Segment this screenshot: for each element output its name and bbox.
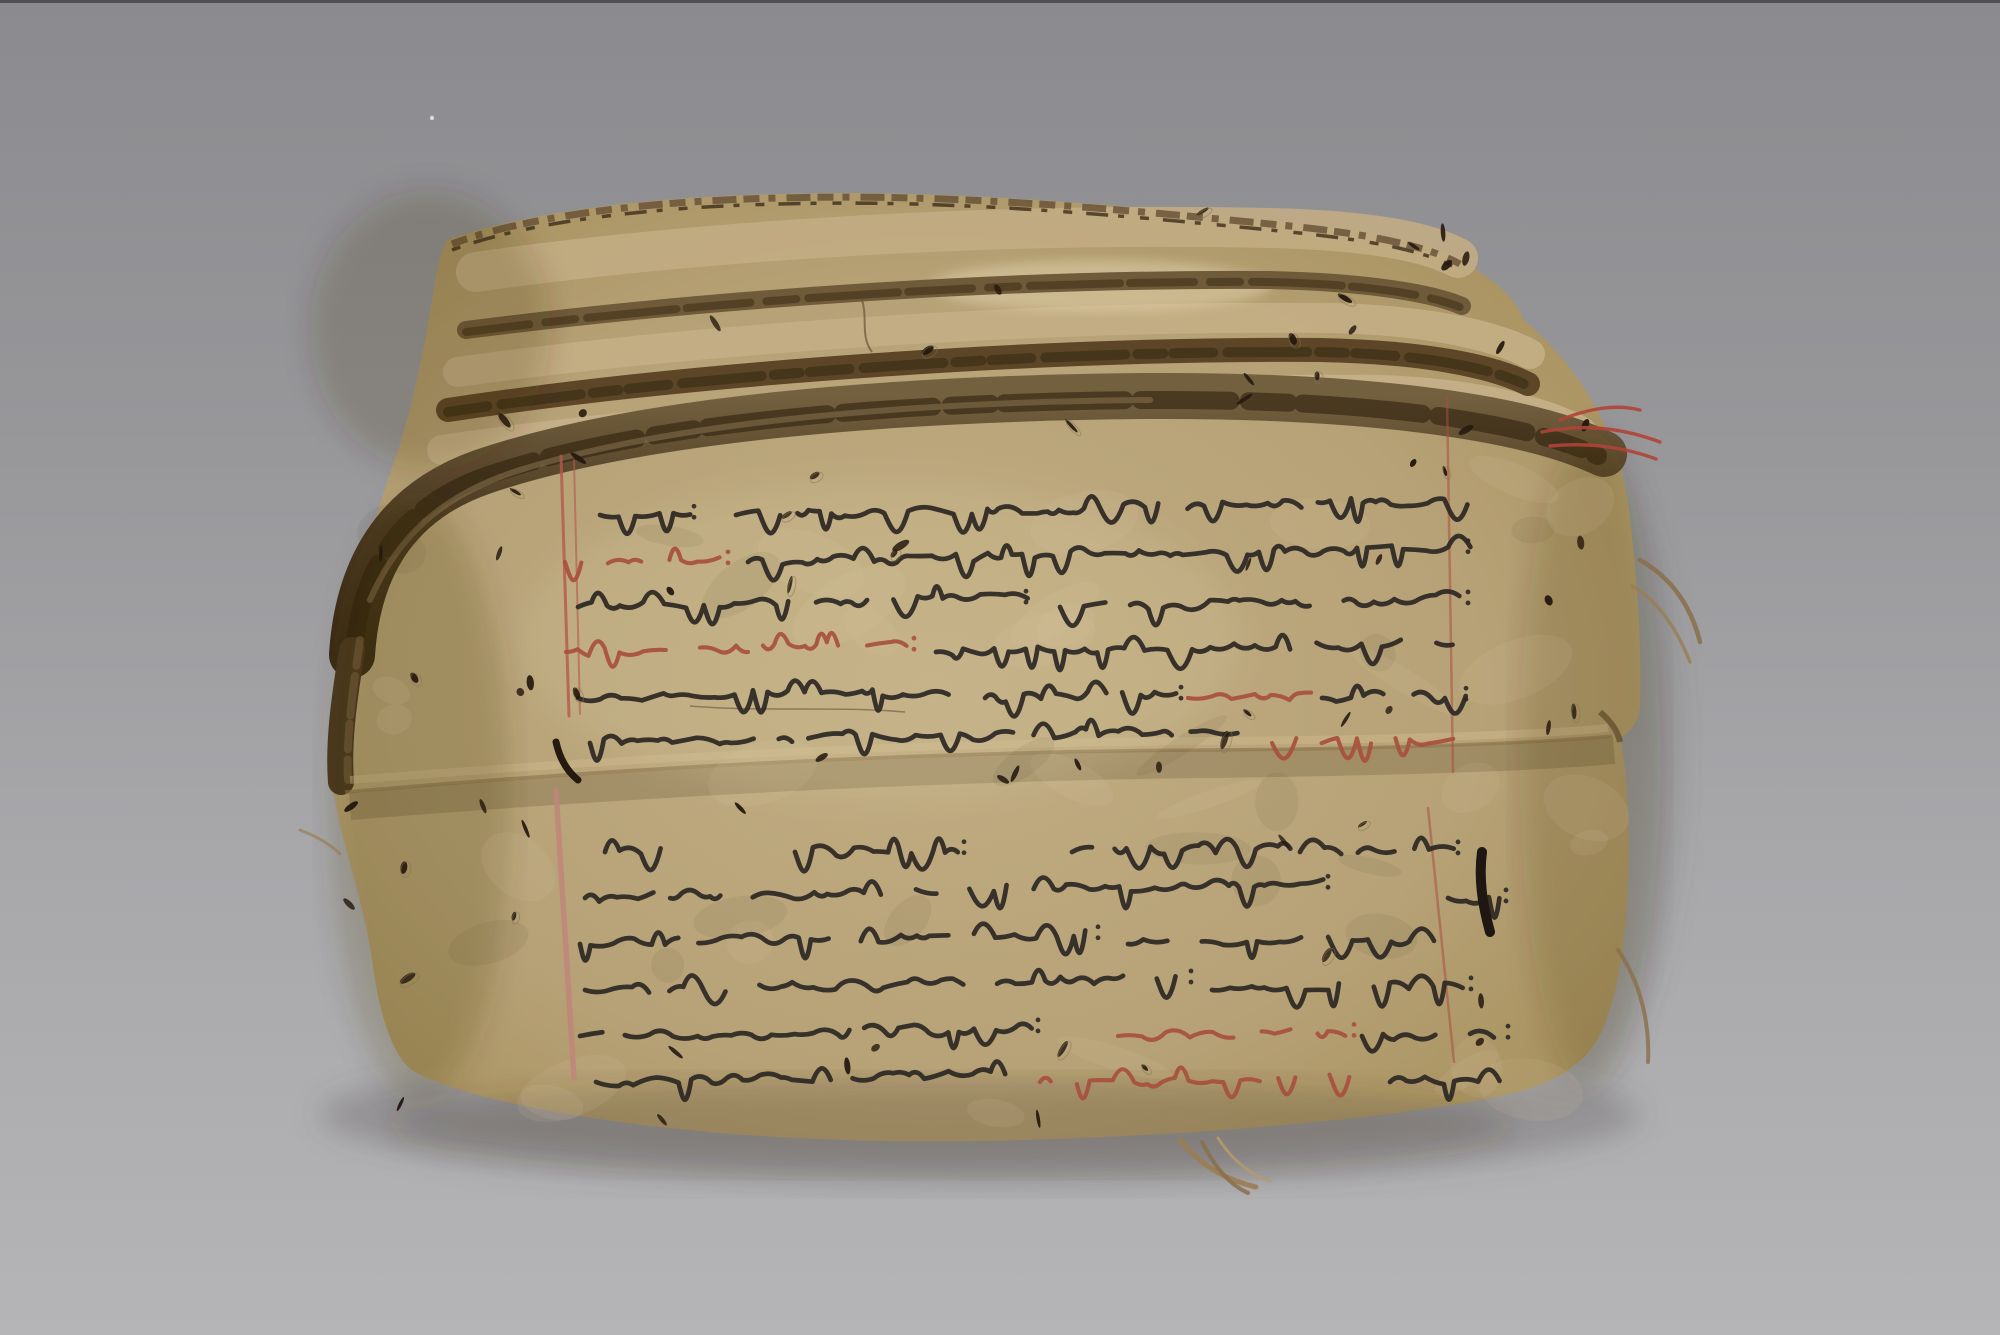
tsheg-dot [1466, 601, 1471, 606]
tsheg-dot [1326, 874, 1331, 879]
tsheg-dot [1326, 885, 1331, 890]
tsheg-dot [726, 549, 731, 554]
dust-speck [430, 116, 434, 120]
tsheg-dot [1506, 1024, 1511, 1029]
tsheg-dot [1456, 851, 1461, 856]
tsheg-dot [1466, 590, 1471, 595]
tsheg-dot [1036, 1029, 1041, 1034]
tsheg-dot [1506, 1035, 1511, 1040]
tsheg-dot [1504, 899, 1509, 904]
tsheg-dot [912, 636, 917, 641]
tsheg-dot [1464, 697, 1469, 702]
tsheg-dot [1466, 549, 1471, 554]
tsheg-dot [692, 504, 697, 509]
tsheg-dot [1469, 987, 1474, 992]
tsheg-dot [1469, 976, 1474, 981]
tsheg-dot [1096, 935, 1101, 940]
photo-backdrop [0, 0, 2000, 1335]
tsheg-dot [962, 839, 967, 844]
tsheg-dot [726, 560, 731, 565]
tsheg-dot [1179, 685, 1184, 690]
tsheg-dot [1352, 1022, 1357, 1027]
tsheg-dot [692, 515, 697, 520]
tsheg-dot [1466, 538, 1471, 543]
tsheg-dot [1456, 840, 1461, 845]
tsheg-dot [1189, 980, 1194, 985]
tsheg-dot [1024, 600, 1029, 605]
shade-left-margin [330, 500, 510, 1100]
manuscript-photo [0, 0, 2000, 1335]
tsheg-dot [1179, 696, 1184, 701]
tsheg-dot [912, 647, 917, 652]
tsheg-dot [1189, 969, 1194, 974]
tsheg-dot [1036, 1018, 1041, 1023]
tsheg-dot [1024, 589, 1029, 594]
tsheg-dot [1096, 924, 1101, 929]
tsheg-dot [1464, 686, 1469, 691]
tsheg-dot [1504, 888, 1509, 893]
tsheg-dot [1352, 1033, 1357, 1038]
tsheg-dot [962, 850, 967, 855]
